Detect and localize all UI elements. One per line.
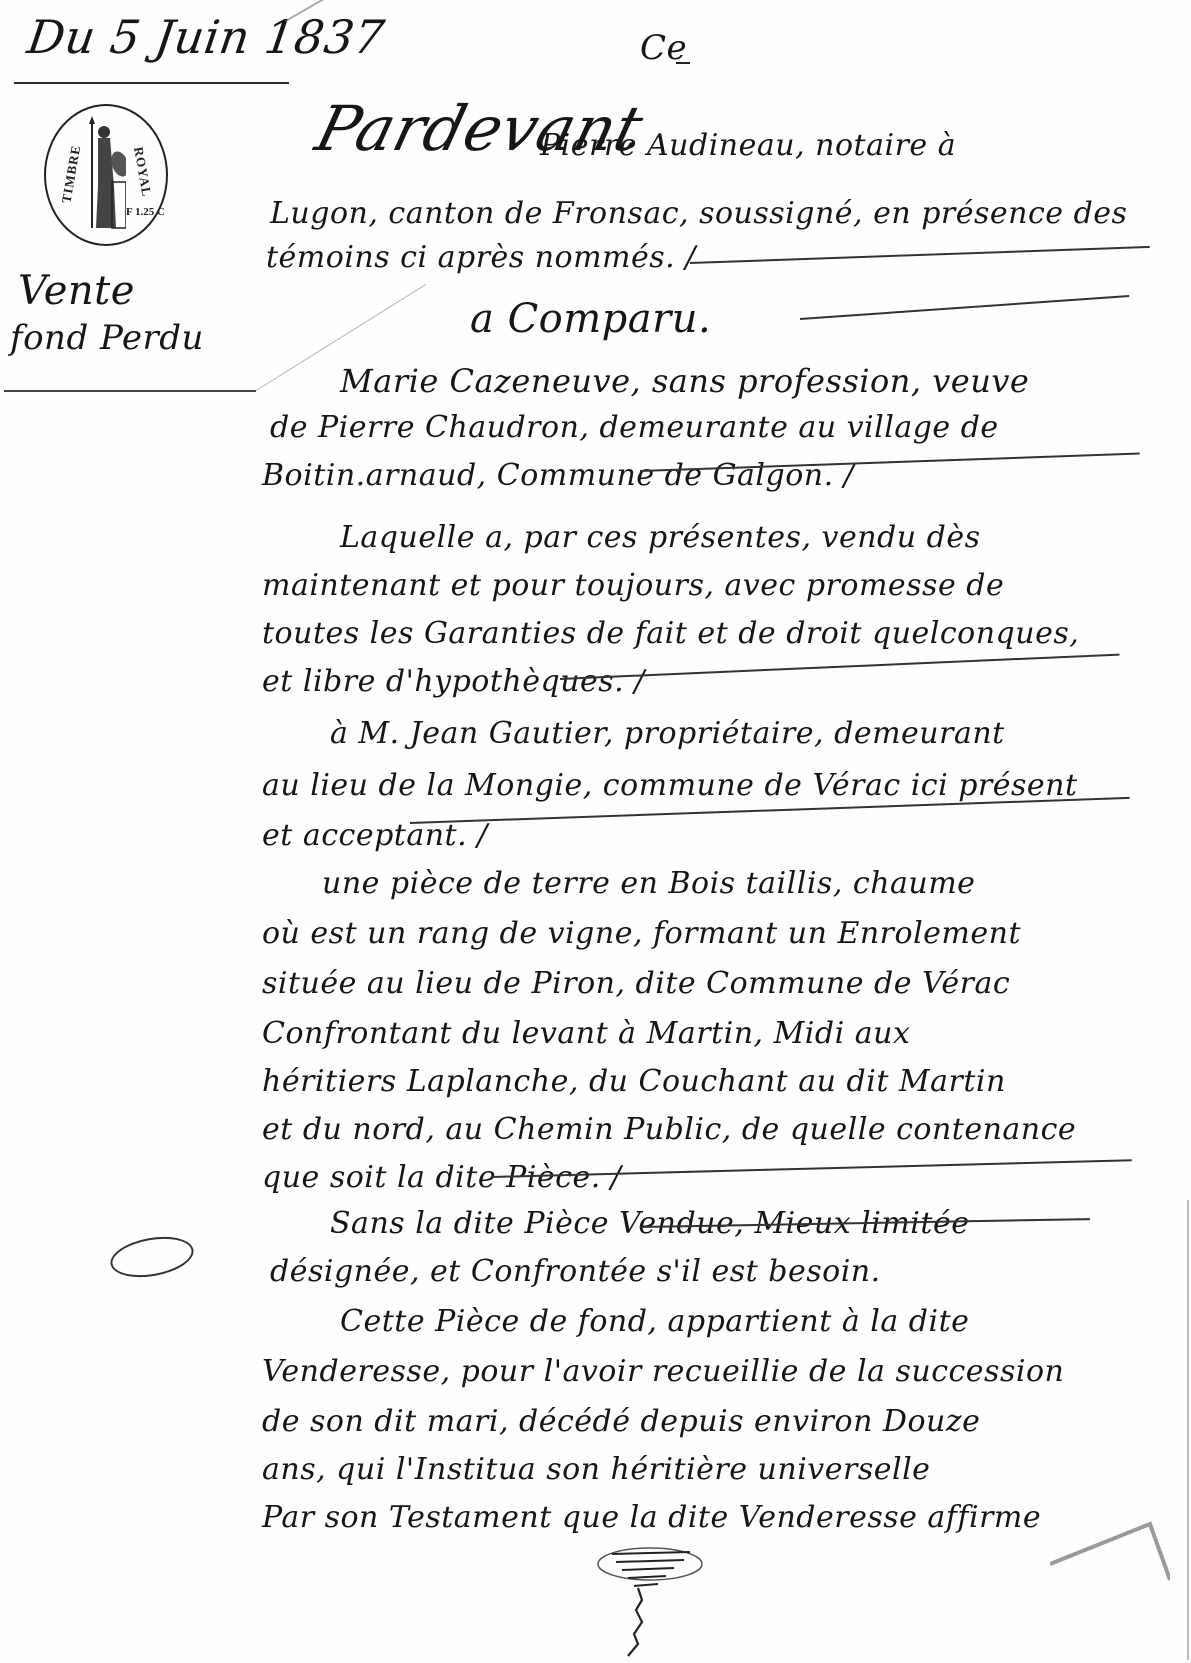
body-line-7: Boitin.arnaud, Commune de Galgon. / (262, 458, 854, 493)
body-line-13: au lieu de la Mongie, commune de Vérac i… (262, 768, 1078, 803)
body-line-6: de Pierre Chaudron, demeurante au villag… (270, 410, 999, 445)
body-line-9: maintenant et pour toujours, avec promes… (262, 568, 1004, 603)
page-corner-fold-icon (1050, 1520, 1170, 1610)
royal-stamp-icon: TIMBRE ROYAL F 1.25 C (44, 104, 168, 246)
body-line-25: Venderesse, pour l'avoir recueillie de l… (262, 1354, 1064, 1389)
body-line-11: et libre d'hypothèques. / (262, 664, 645, 699)
margin-note-underline (4, 390, 256, 392)
body-line-18: Confrontant du levant à Martin, Midi aux (262, 1016, 910, 1051)
paragraph-flourish-icon (107, 1231, 196, 1283)
body-line-2: Lugon, canton de Fronsac, soussigné, en … (270, 196, 1127, 231)
body-line-5: Marie Cazeneuve, sans profession, veuve (340, 362, 1029, 400)
line-filler-rule (690, 246, 1150, 264)
body-line-27: ans, qui l'Institua son héritière univer… (262, 1452, 930, 1487)
document-page: Du 5 Juin 1837 Ce TIMBRE ROYAL F 1.25 C … (0, 0, 1191, 1663)
line-filler-rule (800, 295, 1129, 320)
date-header: Du 5 Juin 1837 (24, 10, 388, 64)
page-edge (1187, 1200, 1189, 1660)
body-line-12: à M. Jean Gautier, propriétaire, demeura… (330, 716, 1005, 751)
body-line-24: Cette Pièce de fond, appartient à la dit… (340, 1304, 969, 1339)
body-line-1: Pierre Audineau, notaire à (540, 128, 956, 163)
body-line-19: héritiers Laplanche, du Couchant au dit … (262, 1064, 1006, 1099)
notary-paraph-icon (592, 1540, 712, 1660)
body-line-26: de son dit mari, décédé depuis environ D… (262, 1404, 980, 1439)
date-underline (14, 82, 289, 84)
allegorical-figure-icon (86, 116, 126, 234)
body-line-10: toutes les Garanties de fait et de droit… (262, 616, 1079, 651)
body-line-3: témoins ci après nommés. / (266, 240, 696, 275)
body-line-23: désignée, et Confrontée s'il est besoin. (270, 1254, 881, 1289)
stamp-label-left: TIMBRE (58, 144, 84, 205)
margin-note-subtitle: fond Perdu (10, 318, 204, 358)
comparu-heading: a Comparu. (470, 296, 711, 342)
body-line-21: que soit la dite Pièce. / (262, 1160, 621, 1195)
body-line-20: et du nord, au Chemin Public, de quelle … (262, 1112, 1076, 1147)
stamp-value: F 1.25 C (126, 206, 165, 218)
folio-mark-underline (676, 62, 690, 64)
body-line-17: située au lieu de Piron, dite Commune de… (262, 966, 1010, 1001)
margin-note-title: Vente (18, 268, 135, 314)
stamp-label-right: ROYAL (130, 146, 155, 199)
body-line-15: une pièce de terre en Bois taillis, chau… (322, 866, 975, 901)
body-line-8: Laquelle a, par ces présentes, vendu dès (340, 520, 980, 555)
body-line-16: où est un rang de vigne, formant un Enro… (262, 916, 1021, 951)
body-line-14: et acceptant. / (262, 818, 488, 853)
body-line-28: Par son Testament que la dite Venderesse… (262, 1500, 1041, 1535)
